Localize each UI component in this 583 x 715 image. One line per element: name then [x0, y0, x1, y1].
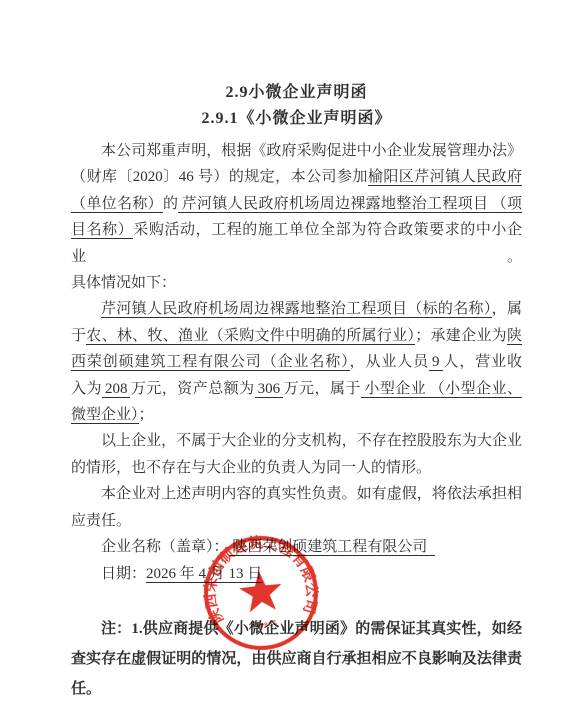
- text-segment: 任。: [71, 681, 101, 697]
- text-segment: 以上企业，不属于大企业的分支机构，不存在控股股东为大企业: [101, 433, 522, 449]
- filled-blank-text: 陕西荣创硕建筑工程有限公司: [229, 539, 435, 556]
- filled-blank-text: 2026 年 4 月 13 日: [146, 566, 262, 583]
- text-segment: 人，营业收: [443, 354, 522, 370]
- text-segment: ，属: [492, 301, 522, 317]
- text-segment: ，从业人员: [350, 354, 429, 370]
- text-segment: 具体情况如下：: [71, 275, 176, 291]
- note-line: 任。: [71, 674, 522, 704]
- body-line: 西荣创硕建筑工程有限公司（企业名称），从业人员 9 人，营业收: [71, 349, 522, 375]
- filled-blank-text: 芹河镇人民政府机场周边裸露地整治工程项目（标的名称）: [101, 301, 492, 318]
- body-line: 以上企业，不属于大企业的分支机构，不存在控股股东为大企业: [71, 428, 522, 454]
- body-line: 微型企业）；: [71, 402, 522, 428]
- note-line: 注：1.供应商提供《小微企业声明函》的需保证其真实性，如经: [71, 614, 522, 644]
- text-segment: 的情形，也不存在与大企业的负责人为同一人的情形。: [71, 460, 431, 476]
- text-segment: 万元，资产总额为: [130, 381, 254, 397]
- note-text: 注：1.供应商提供《小微企业声明函》的需保证其真实性，如经查实存在虚假证明的情况…: [71, 614, 522, 704]
- filled-blank-text: 目名称）: [71, 222, 133, 239]
- text-segment: ；承建企业为: [415, 328, 507, 344]
- filled-blank-text: 微型企业）: [71, 407, 139, 424]
- body-line: 芹河镇人民政府机场周边裸露地整治工程项目（标的名称），属: [71, 296, 522, 322]
- text-segment: 本企业对上述声明内容的真实性负责。如有虚假，将依法承担相: [101, 486, 522, 502]
- filled-blank-text: 西荣创硕建筑工程有限公司（企业名称）: [71, 354, 350, 371]
- text-segment: 万元，属于: [283, 381, 361, 397]
- text-segment: 日期：: [101, 566, 146, 582]
- filled-blank-text: 208: [102, 381, 131, 398]
- text-segment: 的: [163, 196, 178, 212]
- body-line: 具体情况如下：: [71, 270, 522, 296]
- text-segment: 本公司郑重声明，根据《政府采购促进中小企业发展管理办法》: [101, 143, 522, 159]
- note-line: 查实存在虚假证明的情况，由供应商自行承担相应不良影响及法律责: [71, 644, 522, 674]
- body-line: 日期：2026 年 4 月 13 日: [71, 561, 522, 587]
- text-segment: 采购活动，工程的施工单位全部为符合政策要求的中小企业。: [71, 222, 522, 264]
- body-line: （单位名称）的 芹河镇人民政府机场周边裸露地整治工程项目 （项: [71, 191, 522, 217]
- filled-blank-text: 芹河镇人民政府机场周边裸露地整治工程项目 （项: [178, 196, 522, 213]
- body-line: 于农、林、牧、渔业（采购文件中明确的所属行业）；承建企业为陕: [71, 323, 522, 349]
- body-line: 本公司郑重声明，根据《政府采购促进中小企业发展管理办法》: [71, 138, 522, 164]
- filled-blank-text: 陕: [507, 328, 522, 345]
- body-line: （财库〔2020〕46 号）的规定，本公司参加榆阳区芹河镇人民政府: [71, 164, 522, 190]
- body-line: 入为 208 万元，资产总额为 306 万元，属于 小型企业 （小型企业、: [71, 376, 522, 402]
- filled-blank-text: 306: [255, 381, 284, 398]
- body-line: 目名称）采购活动，工程的施工单位全部为符合政策要求的中小企业。: [71, 217, 522, 270]
- declaration-text: 本公司郑重声明，根据《政府采购促进中小企业发展管理办法》（财库〔2020〕46 …: [71, 138, 522, 587]
- filled-blank-text: 9: [429, 354, 443, 371]
- text-segment: 应责任。: [71, 513, 131, 529]
- filled-blank-text: 小型企业 （小型企业、: [361, 381, 522, 398]
- text-segment: 查实存在虚假证明的情况，由供应商自行承担相应不良影响及法律责: [71, 651, 522, 667]
- document-page: 2.9小微企业声明函 2.9.1《小微企业声明函》 本公司郑重声明，根据《政府采…: [0, 0, 583, 715]
- text-segment: （财库〔2020〕46 号）的规定，本公司参加: [71, 169, 368, 185]
- body-line: 应责任。: [71, 508, 522, 534]
- text-segment: 入为: [71, 381, 102, 397]
- filled-blank-text: 榆阳区芹河镇人民政府: [368, 169, 522, 186]
- text-segment: ；: [139, 407, 154, 423]
- body-line: 企业名称（盖章）： 陕西荣创硕建筑工程有限公司: [71, 534, 522, 560]
- filled-blank-text: （单位名称）: [71, 196, 163, 213]
- document-body: 2.9小微企业声明函 2.9.1《小微企业声明函》 本公司郑重声明，根据《政府采…: [71, 80, 522, 704]
- doc-title: 2.9小微企业声明函: [71, 80, 522, 106]
- filled-blank-text: 农、林、牧、渔业（采购文件中明确的所属行业）: [86, 328, 415, 345]
- doc-subtitle: 2.9.1《小微企业声明函》: [71, 106, 522, 132]
- body-line: 本企业对上述声明内容的真实性负责。如有虚假，将依法承担相: [71, 481, 522, 507]
- text-segment: 企业名称（盖章）：: [101, 539, 229, 555]
- text-segment: 于: [71, 328, 86, 344]
- body-line: 的情形，也不存在与大企业的负责人为同一人的情形。: [71, 455, 522, 481]
- text-segment: 注：1.供应商提供《小微企业声明函》的需保证其真实性，如经: [101, 621, 522, 637]
